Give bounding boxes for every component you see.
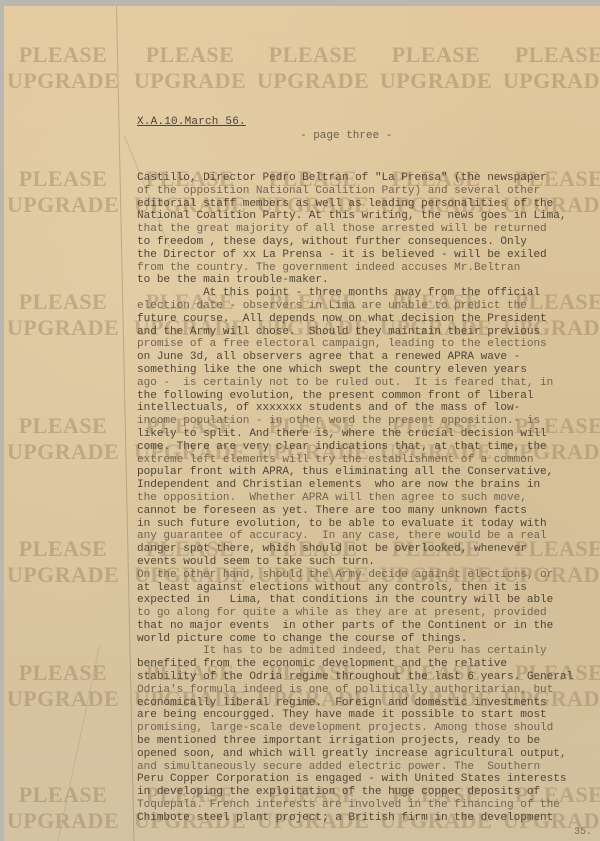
watermark: PLEASEUPGRADE xyxy=(4,413,122,465)
watermark: PLEASEUPGRADE xyxy=(4,166,122,218)
text-line: world picture come to change the course … xyxy=(137,633,597,646)
watermark-line: PLEASE xyxy=(4,660,122,686)
text-line: National Coalition Party. At this writin… xyxy=(137,210,597,223)
text-line: stability of the Odria regime throughout… xyxy=(137,671,597,684)
text-line: that no major events in other parts of t… xyxy=(137,620,597,633)
watermark-line: PLEASE xyxy=(4,289,122,315)
watermark: PLEASEUPGRADE xyxy=(500,42,600,94)
text-line: Peru Copper Corporation is engaged - wit… xyxy=(137,773,597,786)
document-header: X.A.10.March 56. xyxy=(137,116,246,128)
watermark-line: UPGRADE xyxy=(4,808,122,834)
text-line: and the Army will chose. Should they mai… xyxy=(137,326,597,339)
text-line: likely to split. And there is, where the… xyxy=(137,428,597,441)
text-line: to go along for quite a while as they ar… xyxy=(137,607,597,620)
text-line: popular front with APRA, thus eliminatin… xyxy=(137,466,597,479)
watermark: PLEASEUPGRADE xyxy=(254,42,372,94)
text-line: expected in Lima, that conditions in the… xyxy=(137,594,597,607)
text-line: danger spot there, which should not be o… xyxy=(137,543,597,556)
text-line: promising, large-scale development proje… xyxy=(137,722,597,735)
watermark-line: UPGRADE xyxy=(500,68,600,94)
text-line: income population - in other word the pr… xyxy=(137,415,597,428)
text-line: something like the one which swept the c… xyxy=(137,364,597,377)
folio-number: 35. xyxy=(574,827,592,838)
text-line: are being encourgged. They have made it … xyxy=(137,709,597,722)
text-line: come. There are very clear indications t… xyxy=(137,441,597,454)
text-line: ago - is certainly not to be ruled out. … xyxy=(137,377,597,390)
watermark: PLEASEUPGRADE xyxy=(4,782,122,834)
text-line: promise of a free electoral campaign, le… xyxy=(137,338,597,351)
text-line: the opposition. Whether APRA will then a… xyxy=(137,492,597,505)
document-body: Castillo, Director Pedro Beltran of "La … xyxy=(137,172,597,825)
text-line: extreme left elements will try the estab… xyxy=(137,454,597,467)
text-line: in such future evolution, to be able to … xyxy=(137,518,597,531)
watermark-line: PLEASE xyxy=(4,782,122,808)
text-line: economically liberal regime. Foreign and… xyxy=(137,697,597,710)
text-line: Odria's formula indeed is one of politic… xyxy=(137,684,597,697)
text-line: in developing the exploitation of the hu… xyxy=(137,786,597,799)
text-line: It has to be admited indeed, that Peru h… xyxy=(137,645,597,658)
text-line: of the opposition National Coalition Par… xyxy=(137,185,597,198)
page-label: - page three - xyxy=(300,130,392,142)
watermark-line: PLEASE xyxy=(500,42,600,68)
watermark-line: UPGRADE xyxy=(4,315,122,341)
text-line: Chimbote steel plant project; a British … xyxy=(137,812,597,825)
text-line: editorial staff members as well as leadi… xyxy=(137,198,597,211)
text-line: to freedom , these days, without further… xyxy=(137,236,597,249)
text-line: any guarantee of accuracy. In any case, … xyxy=(137,530,597,543)
text-line: to be the main trouble-maker. xyxy=(137,274,597,287)
watermark-line: PLEASE xyxy=(254,42,372,68)
watermark-line: PLEASE xyxy=(4,413,122,439)
text-line: be mentioned three important irrigation … xyxy=(137,735,597,748)
watermark-line: UPGRADE xyxy=(4,68,122,94)
watermark-line: PLEASE xyxy=(131,42,249,68)
watermark-line: PLEASE xyxy=(377,42,495,68)
text-line: on June 3d, all observers agree that a r… xyxy=(137,351,597,364)
text-line: cannot be foreseen as yet. There are too… xyxy=(137,505,597,518)
watermark: PLEASEUPGRADE xyxy=(4,289,122,341)
text-line: the Director of xx La Prensa - it is bel… xyxy=(137,249,597,262)
text-line: and simultaneously secure added electric… xyxy=(137,761,597,774)
watermark: PLEASEUPGRADE xyxy=(4,536,122,588)
text-line: Independent and Christian elements who a… xyxy=(137,479,597,492)
watermark-line: UPGRADE xyxy=(254,68,372,94)
text-line: intellectuals, of xxxxxxx students and o… xyxy=(137,402,597,415)
watermark-line: UPGRADE xyxy=(4,439,122,465)
watermark-line: PLEASE xyxy=(4,166,122,192)
watermark: PLEASEUPGRADE xyxy=(131,42,249,94)
text-line: events would seem to take such turn. xyxy=(137,556,597,569)
watermark-line: UPGRADE xyxy=(4,192,122,218)
watermark-line: UPGRADE xyxy=(377,68,495,94)
text-line: On the other hand, should the Army decid… xyxy=(137,569,597,582)
text-line: election date - observers in Lima are un… xyxy=(137,300,597,313)
watermark-line: PLEASE xyxy=(4,536,122,562)
text-line: that the great majority of all those arr… xyxy=(137,223,597,236)
text-line: from the country. The government indeed … xyxy=(137,262,597,275)
document-page: PLEASEUPGRADEPLEASEUPGRADEPLEASEUPGRADEP… xyxy=(4,6,600,841)
watermark: PLEASEUPGRADE xyxy=(4,42,122,94)
text-line: the following evolution, the present com… xyxy=(137,390,597,403)
text-line: benefited from the economic development … xyxy=(137,658,597,671)
watermark-line: UPGRADE xyxy=(131,68,249,94)
watermark: PLEASEUPGRADE xyxy=(377,42,495,94)
text-line: opened soon, and which will greatly incr… xyxy=(137,748,597,761)
text-line: Toquepala. French interests are involved… xyxy=(137,799,597,812)
text-line: At this point - three months away from t… xyxy=(137,287,597,300)
watermark-line: PLEASE xyxy=(4,42,122,68)
watermark: PLEASEUPGRADE xyxy=(4,660,122,712)
watermark-line: UPGRADE xyxy=(4,686,122,712)
text-line: future course. All depends now on what d… xyxy=(137,313,597,326)
text-line: Castillo, Director Pedro Beltran of "La … xyxy=(137,172,597,185)
text-line: at least against elections without any c… xyxy=(137,582,597,595)
watermark-line: UPGRADE xyxy=(4,562,122,588)
